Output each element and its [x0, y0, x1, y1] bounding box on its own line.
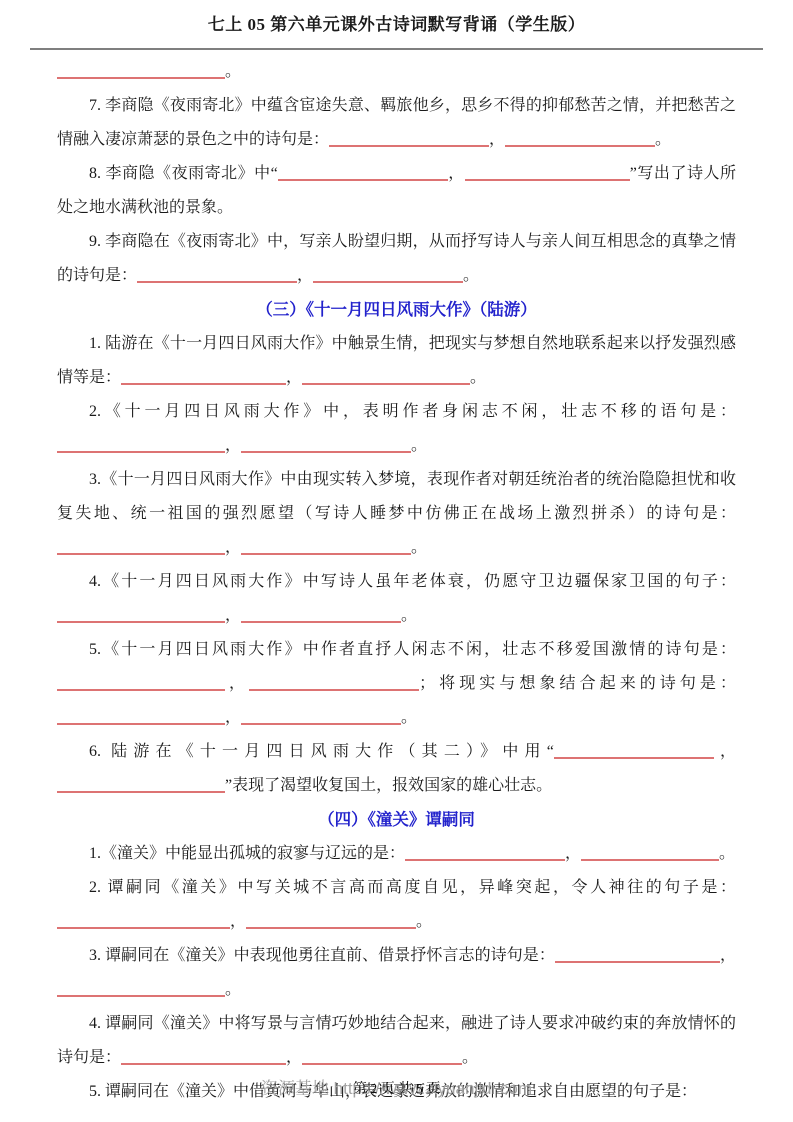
answer-blank[interactable] [554, 743, 714, 759]
question-text: 2.《十一月四日风雨大作》中，表明作者身闲志不闲，壮志不移的语句是： [89, 403, 736, 420]
question-text: 1.《潼关》中能显出孤城的寂寥与辽远的是： [89, 845, 405, 862]
question-text: ， [225, 437, 241, 454]
answer-blank[interactable] [57, 709, 225, 725]
answer-blank[interactable] [121, 369, 286, 385]
question-text: 。 [411, 539, 427, 556]
page-title: 七上 05 第六单元课外古诗词默写背诵（学生版） [30, 12, 763, 38]
answer-blank[interactable] [57, 607, 225, 623]
page-number: 第 2 页 共 5 页 [0, 1078, 793, 1098]
question-fengyudazuo-4: 4.《十一月四日风雨大作》中写诗人虽年老体衰，仍愿守卫边疆保家卫国的句子：，。 [57, 565, 736, 633]
answer-blank[interactable] [405, 845, 565, 861]
question-text: ， [720, 947, 736, 964]
answer-blank[interactable] [555, 947, 720, 963]
answer-blank[interactable] [581, 845, 719, 861]
answer-blank[interactable] [57, 675, 225, 691]
question-yeyujibei-8: 8. 李商隐《夜雨寄北》中“，”写出了诗人所处之地水满秋池的景象。 [57, 157, 736, 225]
question-text: ， [225, 607, 241, 624]
question-text: ；将现实与想象结合起来的诗句是： [419, 675, 736, 692]
answer-blank[interactable] [246, 913, 416, 929]
answer-blank[interactable] [241, 437, 411, 453]
question-text: 4.《十一月四日风雨大作》中写诗人虽年老体衰，仍愿守卫边疆保家卫国的句子： [89, 573, 736, 590]
answer-blank[interactable] [302, 1049, 462, 1065]
answer-blank[interactable] [278, 165, 448, 181]
section-3-heading: （三）《十一月四日风雨大作》（陆游） [57, 293, 736, 327]
answer-blank[interactable] [249, 675, 419, 691]
question-text: 。 [470, 369, 486, 386]
question-text: 。 [416, 913, 432, 930]
answer-blank[interactable] [302, 369, 470, 385]
question-text: ， [565, 845, 581, 862]
question-fengyudazuo-3: 3.《十一月四日风雨大作》中由现实转入梦境，表现作者对朝廷统治者的统治隐隐担忧和… [57, 463, 736, 565]
question-text: 。 [401, 709, 417, 726]
answer-blank[interactable] [57, 777, 225, 793]
question-fengyudazuo-2: 2.《十一月四日风雨大作》中，表明作者身闲志不闲，壮志不移的语句是：，。 [57, 395, 736, 463]
question-tongguan-3: 3. 谭嗣同在《潼关》中表现他勇往直前、借景抒怀言志的诗句是：，。 [57, 939, 736, 1007]
question-tongguan-4: 4. 谭嗣同《潼关》中将写景与言情巧妙地结合起来，融进了诗人要求冲破约束的奔放情… [57, 1007, 736, 1075]
question-text: ， [225, 709, 241, 726]
continuation-line: 。 [57, 55, 736, 89]
question-text: ， [297, 267, 313, 284]
question-text: ， [714, 743, 736, 760]
answer-blank[interactable] [57, 63, 225, 79]
question-text: 。 [462, 1049, 478, 1066]
question-text: 5.《十一月四日风雨大作》中作者直抒人闲志不闲，壮志不移爱国激情的诗句是： [89, 641, 736, 658]
page-footer: 资源基地 https://www.ziyuanjidi.com 第 2 页 共 … [0, 1074, 793, 1100]
answer-blank[interactable] [241, 709, 401, 725]
question-yeyujibei-7: 7. 李商隐《夜雨寄北》中蕴含宦途失意、羁旅他乡，思乡不得的抑郁愁苦之情，并把愁… [57, 89, 736, 157]
answer-blank[interactable] [465, 165, 630, 181]
answer-blank[interactable] [313, 267, 463, 283]
question-text: 2. 谭嗣同《潼关》中写关城不言高而高度自见，异峰突起，令人神往的句子是： [89, 879, 736, 896]
question-text: 6. 陆游在《十一月四日风雨大作（其二）》中用“ [89, 743, 554, 760]
question-text: 。 [401, 607, 417, 624]
question-text: 。 [411, 437, 427, 454]
question-fengyudazuo-6: 6. 陆游在《十一月四日风雨大作（其二）》中用“，”表现了渴望收复国土，报效国家… [57, 735, 736, 803]
answer-blank[interactable] [121, 1049, 286, 1065]
question-tongguan-1: 1.《潼关》中能显出孤城的寂寥与辽远的是：，。 [57, 837, 736, 871]
question-yeyujibei-9: 9. 李商隐在《夜雨寄北》中，写亲人盼望归期，从而抒写诗人与亲人间互相思念的真挚… [57, 225, 736, 293]
answer-blank[interactable] [241, 539, 411, 555]
section-4-heading: （四）《潼关》谭嗣同 [57, 803, 736, 837]
answer-blank[interactable] [57, 913, 230, 929]
answer-blank[interactable] [57, 539, 225, 555]
question-text: 。 [463, 267, 479, 284]
answer-blank[interactable] [241, 607, 401, 623]
question-text: ， [225, 539, 241, 556]
question-text: 。 [225, 981, 241, 998]
question-tongguan-2: 2. 谭嗣同《潼关》中写关城不言高而高度自见，异峰突起，令人神往的句子是：，。 [57, 871, 736, 939]
document-body: 。7. 李商隐《夜雨寄北》中蕴含宦途失意、羁旅他乡，思乡不得的抑郁愁苦之情，并把… [0, 50, 793, 1109]
question-text: 3.《十一月四日风雨大作》中由现实转入梦境，表现作者对朝廷统治者的统治隐隐担忧和… [57, 471, 736, 522]
page-header: 七上 05 第六单元课外古诗词默写背诵（学生版） [0, 0, 793, 50]
answer-blank[interactable] [505, 131, 655, 147]
question-text: 8. 李商隐《夜雨寄北》中“ [89, 165, 278, 182]
question-text: ”表现了渴望收复国土，报效国家的雄心壮志。 [225, 777, 552, 794]
answer-blank[interactable] [57, 981, 225, 997]
question-text: ， [230, 913, 246, 930]
question-text: 。 [719, 845, 735, 862]
question-text: ， [489, 131, 505, 148]
question-text: ， [448, 165, 465, 182]
question-text: 。 [225, 63, 241, 80]
answer-blank[interactable] [137, 267, 297, 283]
question-fengyudazuo-1: 1. 陆游在《十一月四日风雨大作》中触景生情，把现实与梦想自然地联系起来以抒发强… [57, 327, 736, 395]
question-text: ， [286, 1049, 302, 1066]
question-text: ， [286, 369, 302, 386]
document-page: 七上 05 第六单元课外古诗词默写背诵（学生版） 。7. 李商隐《夜雨寄北》中蕴… [0, 0, 793, 1122]
question-text: 3. 谭嗣同在《潼关》中表现他勇往直前、借景抒怀言志的诗句是： [89, 947, 555, 964]
answer-blank[interactable] [57, 437, 225, 453]
question-text: ， [225, 675, 249, 692]
question-fengyudazuo-5: 5.《十一月四日风雨大作》中作者直抒人闲志不闲，壮志不移爱国激情的诗句是：，；将… [57, 633, 736, 735]
question-text: 。 [655, 131, 671, 148]
answer-blank[interactable] [329, 131, 489, 147]
